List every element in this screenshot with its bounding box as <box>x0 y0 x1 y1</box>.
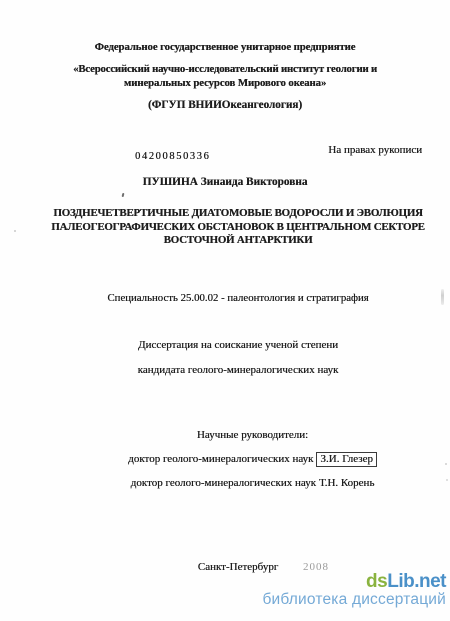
scan-artifact <box>122 193 125 197</box>
supervisor-1-name: З.И. Глезер <box>316 452 376 467</box>
scan-artifact <box>441 289 444 305</box>
degree-line-1: Диссертация на соискание ученой степени <box>26 339 450 351</box>
dissertation-title: ПОЗДНЕЧЕТВЕРТИЧНЫЕ ДИАТОМОВЫЕ ВОДОРОСЛИ … <box>26 207 450 248</box>
dslib-watermark: dsLib.net библиотека диссертаций <box>262 572 446 608</box>
dslib-logo-libnet: Lib.net <box>387 571 446 592</box>
scan-artifact <box>445 463 447 465</box>
scan-artifact <box>446 479 448 481</box>
watermark-tagline: библиотека диссертаций <box>262 592 446 608</box>
supervisor-2: доктор геолого-минералогических наукТ.Н.… <box>55 477 450 489</box>
header-org-abbrev: (ФГУП ВНИИОкеангеология) <box>0 99 450 111</box>
title-line-1: ПОЗДНЕЧЕТВЕРТИЧНЫЕ ДИАТОМОВЫЕ ВОДОРОСЛИ … <box>26 207 450 221</box>
header-org-name-line2: минеральных ресурсов Мирового океана» <box>0 77 450 89</box>
title-line-2: ПАЛЕОГЕОГРАФИЧЕСКИХ ОБСТАНОВОК В ЦЕНТРАЛ… <box>26 221 450 235</box>
supervisor-1: доктор геолого-минералогических наукЗ.И.… <box>55 452 450 467</box>
manuscript-rights-note: На правах рукописи <box>328 144 422 156</box>
supervisor-2-degree: доктор геолого-минералогических наук <box>131 477 316 489</box>
specialty-line: Специальность 25.00.02 - палеонтология и… <box>26 292 450 304</box>
scan-artifact <box>14 230 16 232</box>
dissertation-title-page: Федеральное государственное унитарное пр… <box>0 0 450 621</box>
supervisors-heading: Научные руководители: <box>55 429 450 441</box>
dslib-logo: dsLib.net <box>366 572 446 592</box>
header-org-type: Федеральное государственное унитарное пр… <box>0 41 450 53</box>
dslib-logo-ds: ds <box>366 571 387 592</box>
degree-line-2: кандидата геолого-минералогических наук <box>26 364 450 376</box>
author-name: ПУШИНА Зинаида Викторовна <box>0 176 450 188</box>
header-org-name-line1: «Всероссийский научно-исследовательский … <box>0 63 450 75</box>
supervisor-1-degree: доктор геолого-минералогических наук <box>128 453 313 465</box>
year-faded: 2008 <box>303 562 333 570</box>
title-line-3: ВОСТОЧНОЙ АНТАРКТИКИ <box>26 234 450 248</box>
registration-number: 04200850336 <box>135 151 210 162</box>
supervisor-2-name: Т.Н. Корень <box>319 477 374 489</box>
